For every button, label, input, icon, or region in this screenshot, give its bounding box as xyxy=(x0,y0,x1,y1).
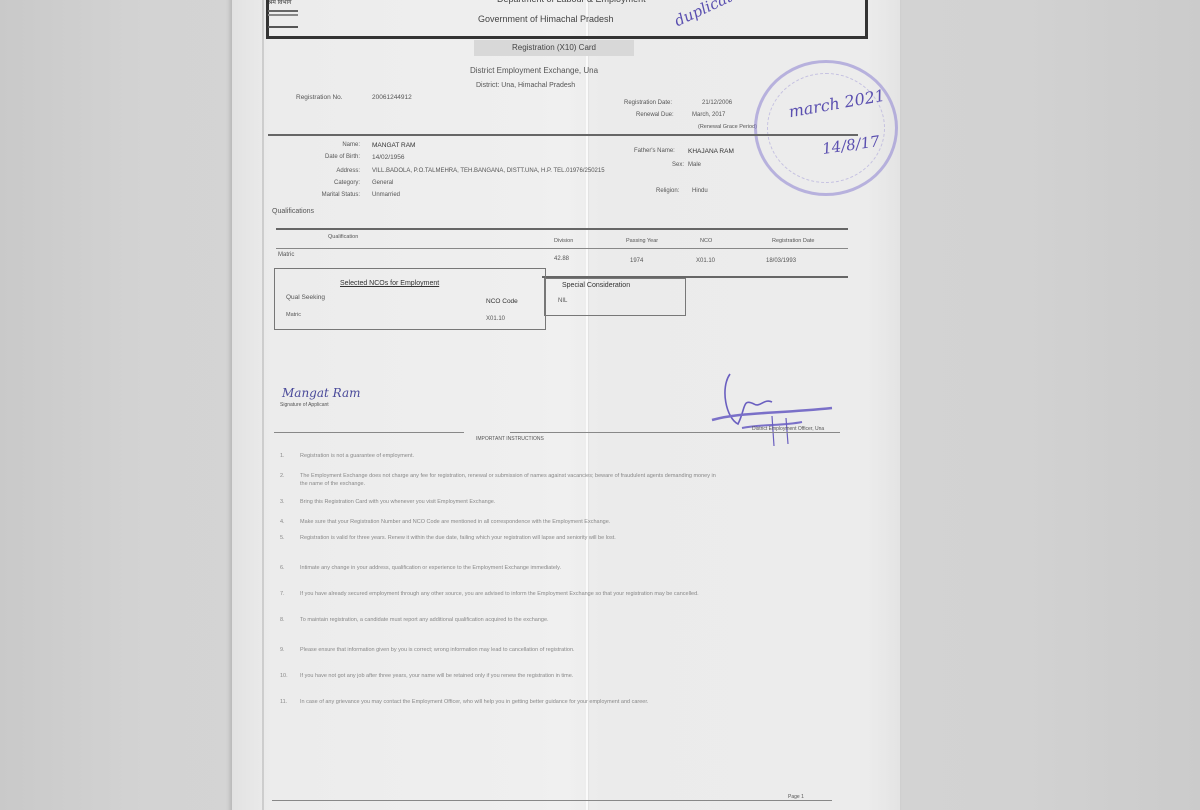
divider xyxy=(274,432,464,433)
col-passing-year: Passing Year xyxy=(626,238,658,244)
col-division: Division xyxy=(554,238,573,244)
official-stamp-icon xyxy=(754,60,898,196)
applicant-signature: Mangat Ram xyxy=(282,386,361,400)
instruction-item: 2.The Employment Exchange does not charg… xyxy=(280,472,720,488)
renewal-due-value: March, 2017 xyxy=(692,112,725,118)
registration-date-value: 21/12/2006 xyxy=(702,100,732,106)
district-name: District: Una, Himachal Pradesh xyxy=(476,82,575,89)
registration-date-label: Registration Date: xyxy=(624,100,672,106)
instruction-item: 9.Please ensure that information given b… xyxy=(280,646,740,654)
selected-nco-title: Selected NCOs for Employment xyxy=(340,280,439,287)
paper-fold-edge xyxy=(262,0,264,810)
department-logo-icon: श्रम विभाग xyxy=(268,0,298,28)
qual-row-nco: X01.10 xyxy=(696,258,715,264)
divider xyxy=(276,228,848,230)
nco-code-label: NCO Code xyxy=(486,298,518,305)
marital-status-value: Unmarried xyxy=(372,192,400,198)
applicant-signature-caption: Signature of Applicant xyxy=(280,402,329,408)
category-value: General xyxy=(372,180,393,186)
special-consideration-value: NIL xyxy=(558,298,567,304)
government-name: Government of Himachal Pradesh xyxy=(478,14,614,24)
exchange-name: District Employment Exchange, Una xyxy=(470,66,598,75)
registration-card-document: श्रम विभाग Department of Labour & Employ… xyxy=(232,0,900,810)
instruction-item: 11.In case of any grievance you may cont… xyxy=(280,698,720,706)
paper-crease xyxy=(586,0,588,810)
divider xyxy=(276,248,848,249)
col-qualification: Qualification xyxy=(328,234,358,240)
qual-row-division: 42.88 xyxy=(554,256,569,262)
dob-label: Date of Birth: xyxy=(302,154,360,160)
name-label: Name: xyxy=(312,142,360,148)
logo-text: श्रम विभाग xyxy=(268,0,298,6)
name-value: MANGAT RAM xyxy=(372,142,415,149)
instruction-item: 1.Registration is not a guarantee of emp… xyxy=(280,452,740,460)
address-label: Address: xyxy=(312,168,360,174)
instruction-item: 7.If you have already secured employment… xyxy=(280,590,720,598)
col-nco: NCO xyxy=(700,238,712,244)
address-value: VILL.BADOLA, P.O.TALMEHRA, TEH.BANGANA, … xyxy=(372,168,605,174)
qual-seeking-label: Qual Seeking xyxy=(286,294,325,301)
qual-row-registration-date: 18/03/1993 xyxy=(766,258,796,264)
renewal-due-label: Renewal Due: xyxy=(636,112,674,118)
instruction-item: 6.Intimate any change in your address, q… xyxy=(280,564,740,572)
sex-label: Sex: xyxy=(672,162,684,168)
special-consideration-title: Special Consideration xyxy=(562,282,630,289)
dob-value: 14/02/1956 xyxy=(372,154,405,161)
instruction-item: 5.Registration is valid for three years.… xyxy=(280,534,720,542)
divider xyxy=(268,134,858,136)
religion-value: Hindu xyxy=(692,188,708,194)
renewal-extra-line: (Renewal Grace Period) xyxy=(698,124,757,130)
footer-divider xyxy=(272,800,832,801)
religion-label: Religion: xyxy=(656,188,679,194)
qualifications-heading: Qualifications xyxy=(272,208,314,215)
father-name-label: Father's Name: xyxy=(634,148,675,154)
instruction-item: 4.Make sure that your Registration Numbe… xyxy=(280,518,740,526)
card-title: Registration (X10) Card xyxy=(474,40,634,56)
qual-row-passing-year: 1974 xyxy=(630,258,643,264)
qual-row-qualification: Matric xyxy=(278,252,294,258)
nco-code-value: X01.10 xyxy=(486,316,505,322)
registration-no-value: 20061244912 xyxy=(372,94,412,101)
registration-no-label: Registration No. xyxy=(296,94,343,101)
marital-status-label: Marital Status: xyxy=(296,192,360,198)
instruction-item: 8.To maintain registration, a candidate … xyxy=(280,616,740,624)
category-label: Category: xyxy=(312,180,360,186)
officer-signature-icon xyxy=(702,368,842,448)
instructions-title: IMPORTANT INSTRUCTIONS xyxy=(476,436,544,442)
qual-seeking-value: Matric xyxy=(286,312,301,318)
instruction-item: 3.Bring this Registration Card with you … xyxy=(280,498,740,506)
divider xyxy=(510,432,840,433)
instruction-item: 10.If you have not got any job after thr… xyxy=(280,672,740,680)
footer-text: Page 1 xyxy=(788,794,804,800)
department-name: Department of Labour & Employment xyxy=(497,0,646,4)
sex-value: Male xyxy=(688,162,701,168)
col-registration-date: Registration Date xyxy=(772,238,815,244)
father-name-value: KHAJANA RAM xyxy=(688,148,734,155)
